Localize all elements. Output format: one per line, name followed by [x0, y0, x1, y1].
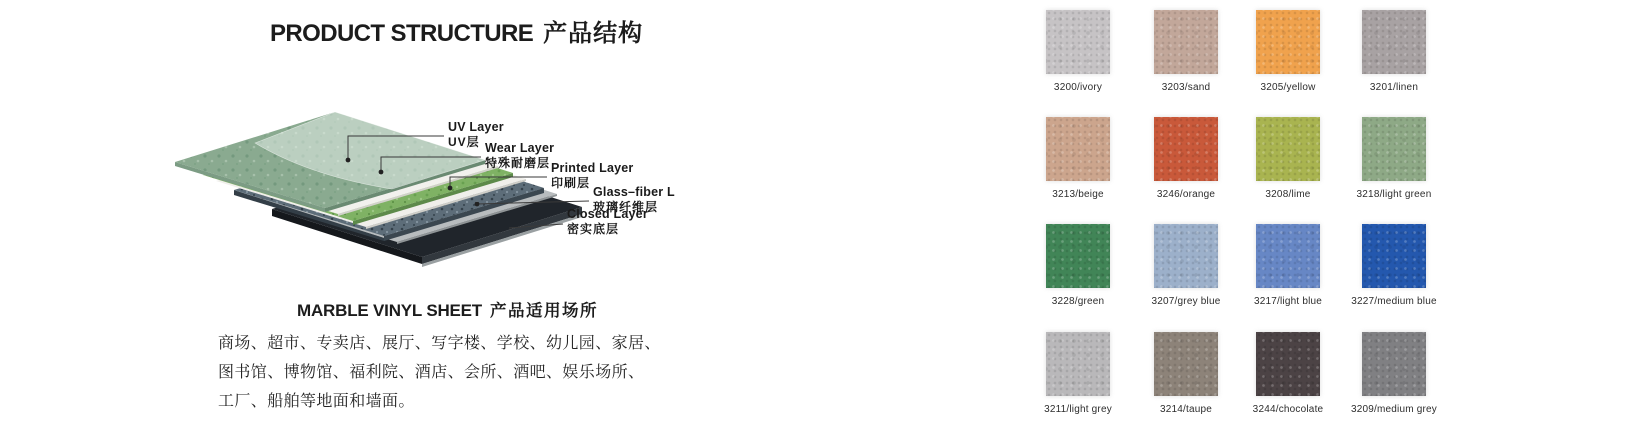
layer-label-closed-zh: 密实底层	[567, 222, 648, 237]
swatch-label-3244: 3244/chocolate	[1253, 404, 1324, 415]
application-line-2: 图书馆、博物馆、福利院、酒店、会所、酒吧、娱乐场所、	[218, 358, 661, 387]
swatch-cell-3227: 3227/medium blue	[1362, 224, 1426, 288]
layer-label-wear-en: Wear Layer	[485, 141, 554, 156]
swatch-label-3203: 3203/sand	[1162, 82, 1211, 93]
product-structure-diagram: UV Layer UV层 Wear Layer 特殊耐磨层 Printed La…	[160, 96, 680, 274]
swatch-label-3200: 3200/ivory	[1054, 82, 1102, 93]
page-title-zh: 产品结构	[543, 20, 643, 47]
swatch-cell-3244: 3244/chocolate	[1256, 332, 1320, 396]
color-swatch-3218	[1362, 117, 1426, 181]
color-swatch-3207	[1154, 224, 1218, 288]
page-title: PRODUCT STRUCTURE产品结构	[270, 13, 643, 48]
swatch-cell-3203: 3203/sand	[1154, 10, 1218, 74]
application-text: 商场、超市、专卖店、展厅、写字楼、学校、幼儿园、家居、 图书馆、博物馆、福利院、…	[218, 329, 661, 416]
color-swatch-3228	[1046, 224, 1110, 288]
swatch-cell-3200: 3200/ivory	[1046, 10, 1110, 74]
swatch-label-3246: 3246/orange	[1157, 189, 1215, 200]
color-swatch-3244	[1256, 332, 1320, 396]
color-swatch-3213	[1046, 117, 1110, 181]
swatch-label-3208: 3208/lime	[1265, 189, 1310, 200]
application-line-3: 工厂、船舶等地面和墙面。	[218, 387, 661, 416]
swatch-label-3218: 3218/light green	[1357, 189, 1432, 200]
application-line-1: 商场、超市、专卖店、展厅、写字楼、学校、幼儿园、家居、	[218, 329, 661, 358]
swatch-cell-3217: 3217/light blue	[1256, 224, 1320, 288]
color-swatch-3246	[1154, 117, 1218, 181]
swatch-label-3205: 3205/yellow	[1260, 82, 1315, 93]
color-swatch-3209	[1362, 332, 1426, 396]
layer-label-uv-en: UV Layer	[448, 120, 504, 135]
layer-label-glassfiber-en: Glass–fiber L	[593, 185, 675, 200]
swatch-label-3201: 3201/linen	[1370, 82, 1418, 93]
color-swatch-grid: 3200/ivory 3203/sand 3205/yellow 3201/li…	[1046, 10, 1428, 422]
swatch-label-3213: 3213/beige	[1052, 189, 1104, 200]
vinyl-catalog-page: PRODUCT STRUCTURE产品结构	[0, 0, 1644, 428]
layer-label-printed-en: Printed Layer	[551, 161, 634, 176]
layer-label-closed-en: Closed Layer	[567, 207, 648, 222]
swatch-cell-3214: 3214/taupe	[1154, 332, 1218, 396]
swatch-cell-3208: 3208/lime	[1256, 117, 1320, 181]
color-swatch-3227	[1362, 224, 1426, 288]
layer-label-wear: Wear Layer 特殊耐磨层	[485, 141, 554, 171]
swatch-cell-3211: 3211/light grey	[1046, 332, 1110, 396]
swatch-label-3211: 3211/light grey	[1044, 404, 1112, 415]
color-swatch-3217	[1256, 224, 1320, 288]
application-heading-en: MARBLE VINYL SHEET	[297, 301, 482, 320]
swatch-label-3214: 3214/taupe	[1160, 404, 1212, 415]
swatch-cell-3213: 3213/beige	[1046, 117, 1110, 181]
color-swatch-3201	[1362, 10, 1426, 74]
page-title-en: PRODUCT STRUCTURE	[270, 20, 533, 47]
application-heading-zh: 产品适用场所	[490, 302, 598, 320]
swatch-cell-3207: 3207/grey blue	[1154, 224, 1218, 288]
color-swatch-3211	[1046, 332, 1110, 396]
layer-label-wear-zh: 特殊耐磨层	[485, 156, 554, 171]
swatch-cell-3246: 3246/orange	[1154, 117, 1218, 181]
color-swatch-3214	[1154, 332, 1218, 396]
color-swatch-3200	[1046, 10, 1110, 74]
color-swatch-3208	[1256, 117, 1320, 181]
swatch-cell-3209: 3209/medium grey	[1362, 332, 1426, 396]
color-swatch-3205	[1256, 10, 1320, 74]
swatch-label-3209: 3209/medium grey	[1351, 404, 1437, 415]
swatch-cell-3228: 3228/green	[1046, 224, 1110, 288]
swatch-cell-3201: 3201/linen	[1362, 10, 1426, 74]
color-swatch-3203	[1154, 10, 1218, 74]
swatch-label-3227: 3227/medium blue	[1351, 296, 1436, 307]
swatch-label-3228: 3228/green	[1052, 296, 1105, 307]
swatch-cell-3205: 3205/yellow	[1256, 10, 1320, 74]
application-heading: MARBLE VINYL SHEET产品适用场所	[297, 297, 598, 321]
swatch-label-3217: 3217/light blue	[1254, 296, 1322, 307]
swatch-cell-3218: 3218/light green	[1362, 117, 1426, 181]
swatch-label-3207: 3207/grey blue	[1152, 296, 1221, 307]
layer-label-closed: Closed Layer 密实底层	[567, 207, 648, 237]
